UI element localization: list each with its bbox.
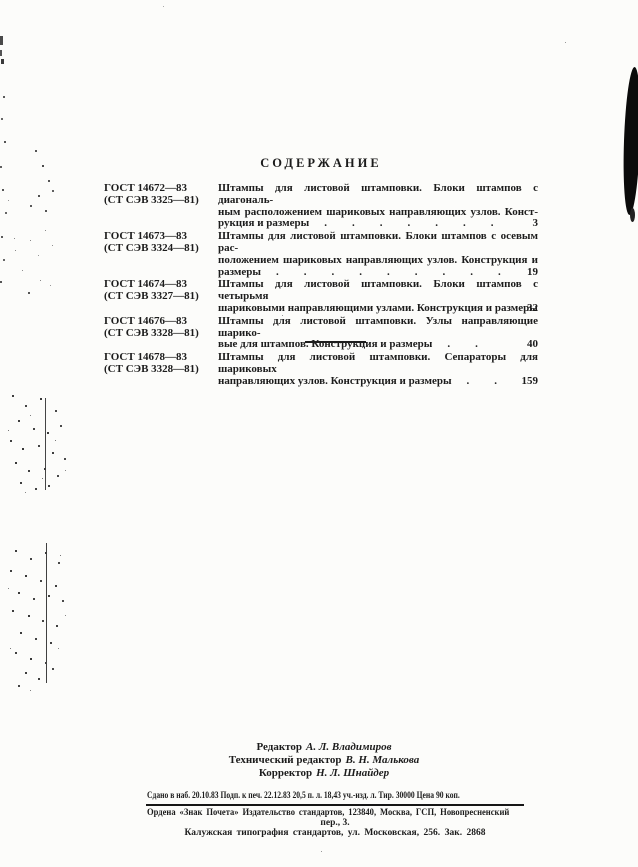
credit-role: Технический редактор <box>229 754 342 766</box>
table-of-contents: ГОСТ 14672—83 (СТ СЭВ 3325—81) Штампы дл… <box>104 183 538 389</box>
page-number: 19 <box>527 267 538 279</box>
imprint-printer: Калужская типография стандартов, ул. Мос… <box>146 828 524 838</box>
page-number: 3 <box>533 218 539 230</box>
credit-name: В. Н. Малькова <box>346 754 420 766</box>
dot-leader: ..... <box>447 339 502 351</box>
page-number: 159 <box>522 376 539 388</box>
credit-line: КорректорН. Л. Шнайдер <box>104 767 544 780</box>
credit-name: Н. Л. Шнайдер <box>316 767 389 779</box>
dot-leader: .......... <box>324 218 502 230</box>
scan-smudge-artifact <box>621 67 638 215</box>
entry-description-line: Штампы для листовой штамповки. Блоки шта… <box>218 279 538 303</box>
scan-edge-mark <box>1 59 4 64</box>
sev-number: (СТ СЭВ 3327—81) <box>104 291 218 303</box>
credit-line: РедакторА. Л. Владимиров <box>104 741 544 754</box>
imprint-publisher: Ордена «Знак Почета» Издательство станда… <box>147 808 509 818</box>
scan-smudge-artifact <box>630 208 635 222</box>
sev-number: (СТ СЭВ 3325—81) <box>104 195 218 207</box>
toc-entry: ГОСТ 14678—83 (СТ СЭВ 3328—81) Штампы дл… <box>104 352 538 387</box>
toc-entry: ГОСТ 14674—83 (СТ СЭВ 3327—81) Штампы дл… <box>104 279 538 314</box>
sev-number: (СТ СЭВ 3324—81) <box>104 243 218 255</box>
entry-description-line: Штампы для листовой штамповки. Блоки шта… <box>218 183 538 207</box>
editorial-credits: РедакторА. Л. Владимиров Технический ред… <box>104 741 544 780</box>
entry-description-line: Штампы для листовой штамповки. Блоки шта… <box>218 231 538 255</box>
imprint-publisher-address: пер., 3. <box>146 818 524 828</box>
toc-entry: ГОСТ 14676—83 (СТ СЭВ 3328—81) Штампы дл… <box>104 316 538 351</box>
page-title: СОДЕРЖАНИЕ <box>104 156 538 171</box>
dot-leader: .......... <box>276 267 502 279</box>
scan-edge-mark <box>0 36 3 45</box>
scanned-document-page: СОДЕРЖАНИЕ ГОСТ 14672—83 (СТ СЭВ 3325—81… <box>0 0 638 867</box>
credit-line: Технический редакторВ. Н. Малькова <box>104 754 544 767</box>
imprint-block: Сдано в наб. 20.10.83 Подп. к печ. 22.12… <box>0 0 638 867</box>
entry-description-line: направляющих узлов. Конструкция и размер… <box>218 376 452 388</box>
entry-description-line: положением шариковых направляющих узлов.… <box>218 255 538 267</box>
toc-entry: ГОСТ 14673—83 (СТ СЭВ 3324—81) Штампы дл… <box>104 231 538 278</box>
entry-description-line: шариковыми направляющими узлами. Констру… <box>218 303 538 315</box>
page-number: 32 <box>527 303 538 315</box>
entry-description-line: рукция и размеры <box>218 218 309 230</box>
credit-role: Корректор <box>259 767 312 779</box>
sev-number: (СТ СЭВ 3328—81) <box>104 328 218 340</box>
entry-description-line: Штампы для листовой штамповки. Сепаратор… <box>218 352 538 376</box>
toc-entry: ГОСТ 14672—83 (СТ СЭВ 3325—81) Штампы дл… <box>104 183 538 230</box>
scan-speckle-noise <box>0 0 1 1</box>
sev-number: (СТ СЭВ 3328—81) <box>104 364 218 376</box>
imprint-rule <box>146 804 524 806</box>
page-number: 40 <box>527 339 538 351</box>
divider <box>305 341 366 343</box>
credit-role: Редактор <box>256 741 302 753</box>
entry-description-line: размеры <box>218 267 261 279</box>
scan-edge-mark <box>0 50 2 56</box>
gost-number: ГОСТ 14676—83 <box>104 316 218 328</box>
dot-leader: ..... <box>467 376 502 388</box>
scan-fold-line <box>46 543 47 683</box>
scan-fold-line <box>45 398 46 490</box>
credit-name: А. Л. Владимиров <box>306 741 392 753</box>
imprint-print-data: Сдано в наб. 20.10.83 Подп. к печ. 22.12… <box>147 791 460 801</box>
entry-description-line: Штампы для листовой штамповки. Узлы напр… <box>218 316 538 340</box>
